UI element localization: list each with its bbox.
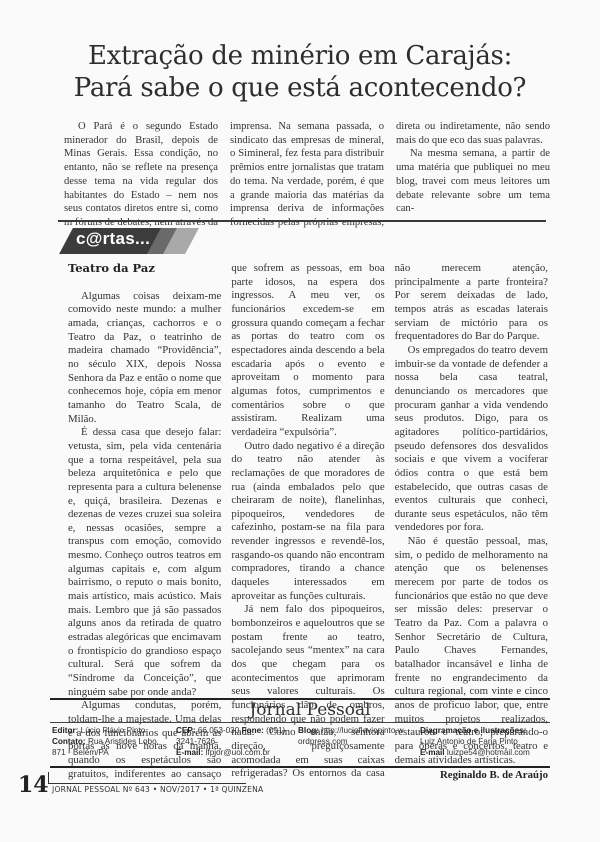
section-divider — [58, 220, 546, 222]
diagramacao-label: Diagramação e ilustrações: — [420, 726, 527, 735]
email-value[interactable]: lfpjor@uol.com.br — [206, 748, 270, 757]
masthead-mid-rule — [50, 722, 550, 723]
credits-cep-phone: CEP: 66.053-030 Fone: (091) 3241-7626 E-… — [176, 725, 288, 758]
credits-blog: Blog: http://lucioflaviopinto.wordpress.… — [298, 725, 408, 747]
issue-line: JORNAL PESSOAL Nº 643 • NOV/2017 • 1ª QU… — [52, 785, 263, 794]
cartas-label: c@rtas... — [76, 229, 150, 249]
editor-value: Lúcio Flávio Pinto — [81, 726, 146, 735]
email-label: E-mail: — [176, 748, 203, 757]
page-number: 14 — [18, 772, 49, 798]
credits-editor-contact: Editor: Lúcio Flávio Pinto Contato: Rua … — [52, 725, 162, 758]
diagramacao-value: Luiz Antonio de Faria Pinto — [420, 736, 552, 747]
fone-label: Fone: — [242, 726, 264, 735]
blog-label: Blog: — [298, 726, 319, 735]
masthead-bottom-rule — [50, 766, 550, 768]
masthead-title: Jornal Pessoal — [0, 700, 600, 720]
editor-label: Editor: — [52, 726, 78, 735]
letter-paragraph: Os empregados do teatro devem imbuir-se … — [395, 344, 548, 535]
credits-diagramacao: Diagramação e ilustrações: Luiz Antonio … — [420, 725, 552, 758]
footer-rule — [48, 783, 246, 784]
headline-line-1: Extração de minério em Carajás: — [0, 40, 600, 72]
headline-line-2: Pará sabe o que está acontecendo? — [0, 72, 600, 104]
article-intro-body: O Pará é o segundo Estado minerador do B… — [64, 120, 550, 230]
intro-paragraph: Na mesma semana, a partir de uma matéria… — [396, 147, 550, 216]
cartas-section-banner: c@rtas... — [58, 228, 198, 254]
cep-value: 66.053-030 — [198, 726, 239, 735]
letter-signature: Reginaldo B. de Araújo — [395, 769, 548, 783]
article-headline: Extração de minério em Carajás: Pará sab… — [0, 40, 600, 104]
letter-paragraph: É dessa casa que desejo falar: vetusta, … — [68, 426, 221, 699]
cep-label: CEP: — [176, 726, 196, 735]
masthead-credits: Editor: Lúcio Flávio Pinto Contato: Rua … — [52, 725, 552, 765]
email2-label: E-mail — [420, 748, 445, 757]
letter-paragraph: Outro dado negativo é a direção do teatr… — [231, 440, 384, 604]
letter-paragraph: Algumas coisas deixam-me comovido neste … — [68, 290, 221, 427]
email2-value[interactable]: luizpe54@hotmail.com — [447, 748, 530, 757]
letter-title: Teatro da Paz — [68, 262, 221, 276]
contato-label: Contato: — [52, 737, 86, 746]
